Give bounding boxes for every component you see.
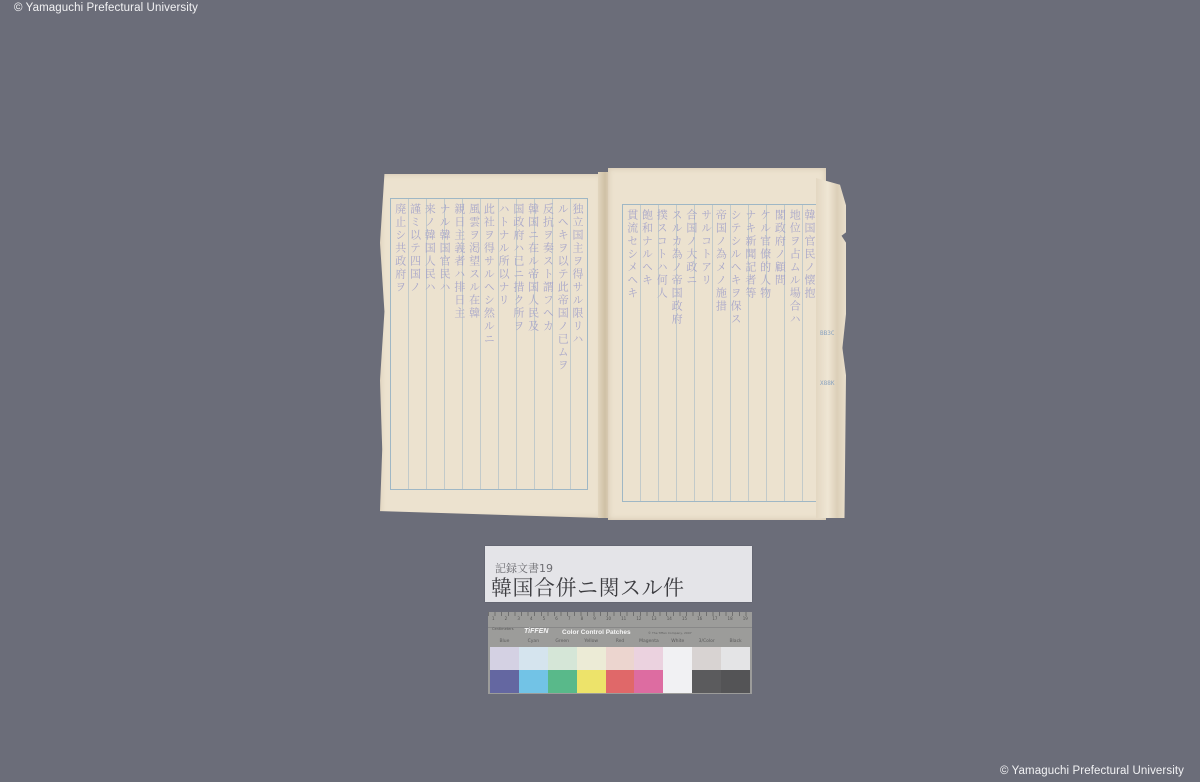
color-patch-light	[548, 647, 577, 670]
page-stack-edge: BB3C X88K	[816, 178, 846, 518]
document-title: 韓国合併ニ関スル件	[491, 572, 685, 602]
copyright-watermark-bottom: © Yamaguchi Prefectural University	[1000, 765, 1184, 777]
color-patch-light	[663, 647, 692, 693]
right-page-grid-frame: 韓国官民ノ懐抱地位ヲ占ムル場合ハ閣政府ノ顧問ケル官僚的人物ナキ新聞記者等シテシル…	[622, 204, 820, 502]
ruler-number: 16	[697, 616, 702, 621]
patch-name: Red	[606, 639, 635, 644]
handwritten-column: 地位ヲ占ムル場合ハ	[787, 209, 802, 499]
handwritten-column: ナル韓国官民ハ	[437, 203, 452, 487]
patch-name: Yellow	[577, 639, 606, 644]
ruler-number: 5	[543, 616, 546, 621]
color-patch-dark	[692, 670, 721, 693]
handwritten-column: ハトナル所以ナリ	[496, 203, 511, 487]
handwritten-column: サルコトアリ	[699, 209, 714, 499]
handwritten-column: 韓国ニ在ル帝国人民及	[526, 203, 541, 487]
patch-name: Cyan	[519, 639, 548, 644]
color-patch-dark	[606, 670, 635, 693]
handwritten-column: 風雲ヲ渇望スル在韓	[467, 203, 482, 487]
color-patch-dark	[577, 670, 606, 693]
ruler-number: 3	[517, 616, 520, 621]
ruler-number: 7	[568, 616, 571, 621]
ruler-number: 1	[492, 616, 495, 621]
handwritten-column: 貫流セシメヘキ	[625, 209, 640, 499]
left-page-grid-frame: 独立国主ヲ得サル限リハルヘキヲ以テ此帝国ノ已ムヲ反抗ヲ奏スト謂フヘカ韓国ニ在ル帝…	[390, 198, 588, 490]
open-document-book: 独立国主ヲ得サル限リハルヘキヲ以テ此帝国ノ已ムヲ反抗ヲ奏スト謂フヘカ韓国ニ在ル帝…	[376, 168, 851, 520]
ruler-unit-label: Centimeters	[492, 627, 514, 631]
ruler-number: 11	[621, 616, 626, 621]
handwritten-column: 廃止シ共政府ヲ	[393, 203, 408, 487]
handwritten-column: シテシルヘキヲ保ス	[728, 209, 743, 499]
handwritten-column: ケル官僚的人物	[758, 209, 773, 499]
handwritten-column: 韓国官民ノ懐抱	[802, 209, 817, 499]
handwritten-column: ルヘキヲ以テ此帝国ノ已ムヲ	[555, 203, 570, 487]
patch-name: Blue	[490, 639, 519, 644]
centimeter-ruler: 12345678910111213141516171819	[488, 612, 752, 628]
ruler-number: 18	[728, 616, 733, 621]
patch-name: Green	[548, 639, 577, 644]
handwritten-column: 謹ミ以テ四国ノ	[408, 203, 423, 487]
patch-name: 3/Color	[692, 639, 721, 644]
handwritten-column: 独立国主ヲ得サル限リハ	[570, 203, 585, 487]
handwritten-column: 撲スコトハ何人	[655, 209, 670, 499]
right-page: 韓国官民ノ懐抱地位ヲ占ムル場合ハ閣政府ノ顧問ケル官僚的人物ナキ新聞記者等シテシル…	[608, 168, 826, 520]
ruler-number: 13	[652, 616, 657, 621]
ruler-number: 8	[581, 616, 584, 621]
color-patch-dark	[490, 670, 519, 693]
copyright-watermark-top: © Yamaguchi Prefectural University	[14, 2, 198, 14]
handwritten-column: ナキ新聞記者等	[743, 209, 758, 499]
color-patch-dark	[548, 670, 577, 693]
edge-stamp: BB3C	[820, 330, 834, 337]
right-page-text-columns: 韓国官民ノ懐抱地位ヲ占ムル場合ハ閣政府ノ顧問ケル官僚的人物ナキ新聞記者等シテシル…	[625, 209, 817, 499]
ruler-number: 14	[667, 616, 672, 621]
ruler-numbers: 12345678910111213141516171819	[492, 616, 748, 621]
ruler-number: 6	[555, 616, 558, 621]
patch-names: BlueCyanGreenYellowRedMagentaWhite3/Colo…	[490, 639, 750, 644]
ruler-number: 19	[743, 616, 748, 621]
color-patch-grid	[490, 647, 750, 693]
handwritten-column: 国政府ハ已ニ措ク所ヲ	[511, 203, 526, 487]
color-patch-dark	[721, 670, 750, 693]
color-patch-light	[634, 647, 663, 670]
ruler-number: 9	[593, 616, 596, 621]
color-patch-light	[519, 647, 548, 670]
handwritten-column: 反抗ヲ奏スト謂フヘカ	[541, 203, 556, 487]
tiffen-logo: TiFFEN	[524, 628, 548, 635]
left-page-text-columns: 独立国主ヲ得サル限リハルヘキヲ以テ此帝国ノ已ムヲ反抗ヲ奏スト謂フヘカ韓国ニ在ル帝…	[393, 203, 585, 487]
ruler-number: 17	[712, 616, 717, 621]
patch-name: Magenta	[634, 639, 663, 644]
ruler-number: 10	[606, 616, 611, 621]
color-patch-dark	[634, 670, 663, 693]
handwritten-column: 来ノ韓国人民ハ	[423, 203, 438, 487]
ruler-number: 12	[636, 616, 641, 621]
color-patch-light	[721, 647, 750, 670]
ruler-number: 15	[682, 616, 687, 621]
handwritten-column: 閣政府ノ顧問	[773, 209, 788, 499]
left-page: 独立国主ヲ得サル限リハルヘキヲ以テ此帝国ノ已ムヲ反抗ヲ奏スト謂フヘカ韓国ニ在ル帝…	[380, 174, 602, 518]
color-control-chart: 12345678910111213141516171819 Centimeter…	[488, 612, 752, 694]
color-patch-light	[490, 647, 519, 670]
color-patch-dark	[519, 670, 548, 693]
handwritten-column: 飽和ナルヘキ	[640, 209, 655, 499]
handwritten-column: 親日主義者ハ排日主	[452, 203, 467, 487]
handwritten-column: 合国ノ大政ニ	[684, 209, 699, 499]
ruler-number: 2	[505, 616, 508, 621]
patch-name: Black	[721, 639, 750, 644]
chart-title: Color Control Patches	[562, 629, 631, 636]
patch-name: White	[663, 639, 692, 644]
color-patch-light	[692, 647, 721, 670]
color-patch-light	[606, 647, 635, 670]
handwritten-column: 帝国ノ為メノ施措	[714, 209, 729, 499]
ruler-number: 4	[530, 616, 533, 621]
color-patch-light	[577, 647, 606, 670]
handwritten-column: スルカ為ノ帝国政府	[669, 209, 684, 499]
chart-copyright: © The Tiffen Company, 2007	[648, 631, 692, 635]
handwritten-column: 此社ヲ得サルヘシ然ルニ	[482, 203, 497, 487]
edge-stamp: X88K	[820, 380, 834, 387]
document-label-card: 記録文書19 韓国合併ニ関スル件	[485, 546, 752, 602]
